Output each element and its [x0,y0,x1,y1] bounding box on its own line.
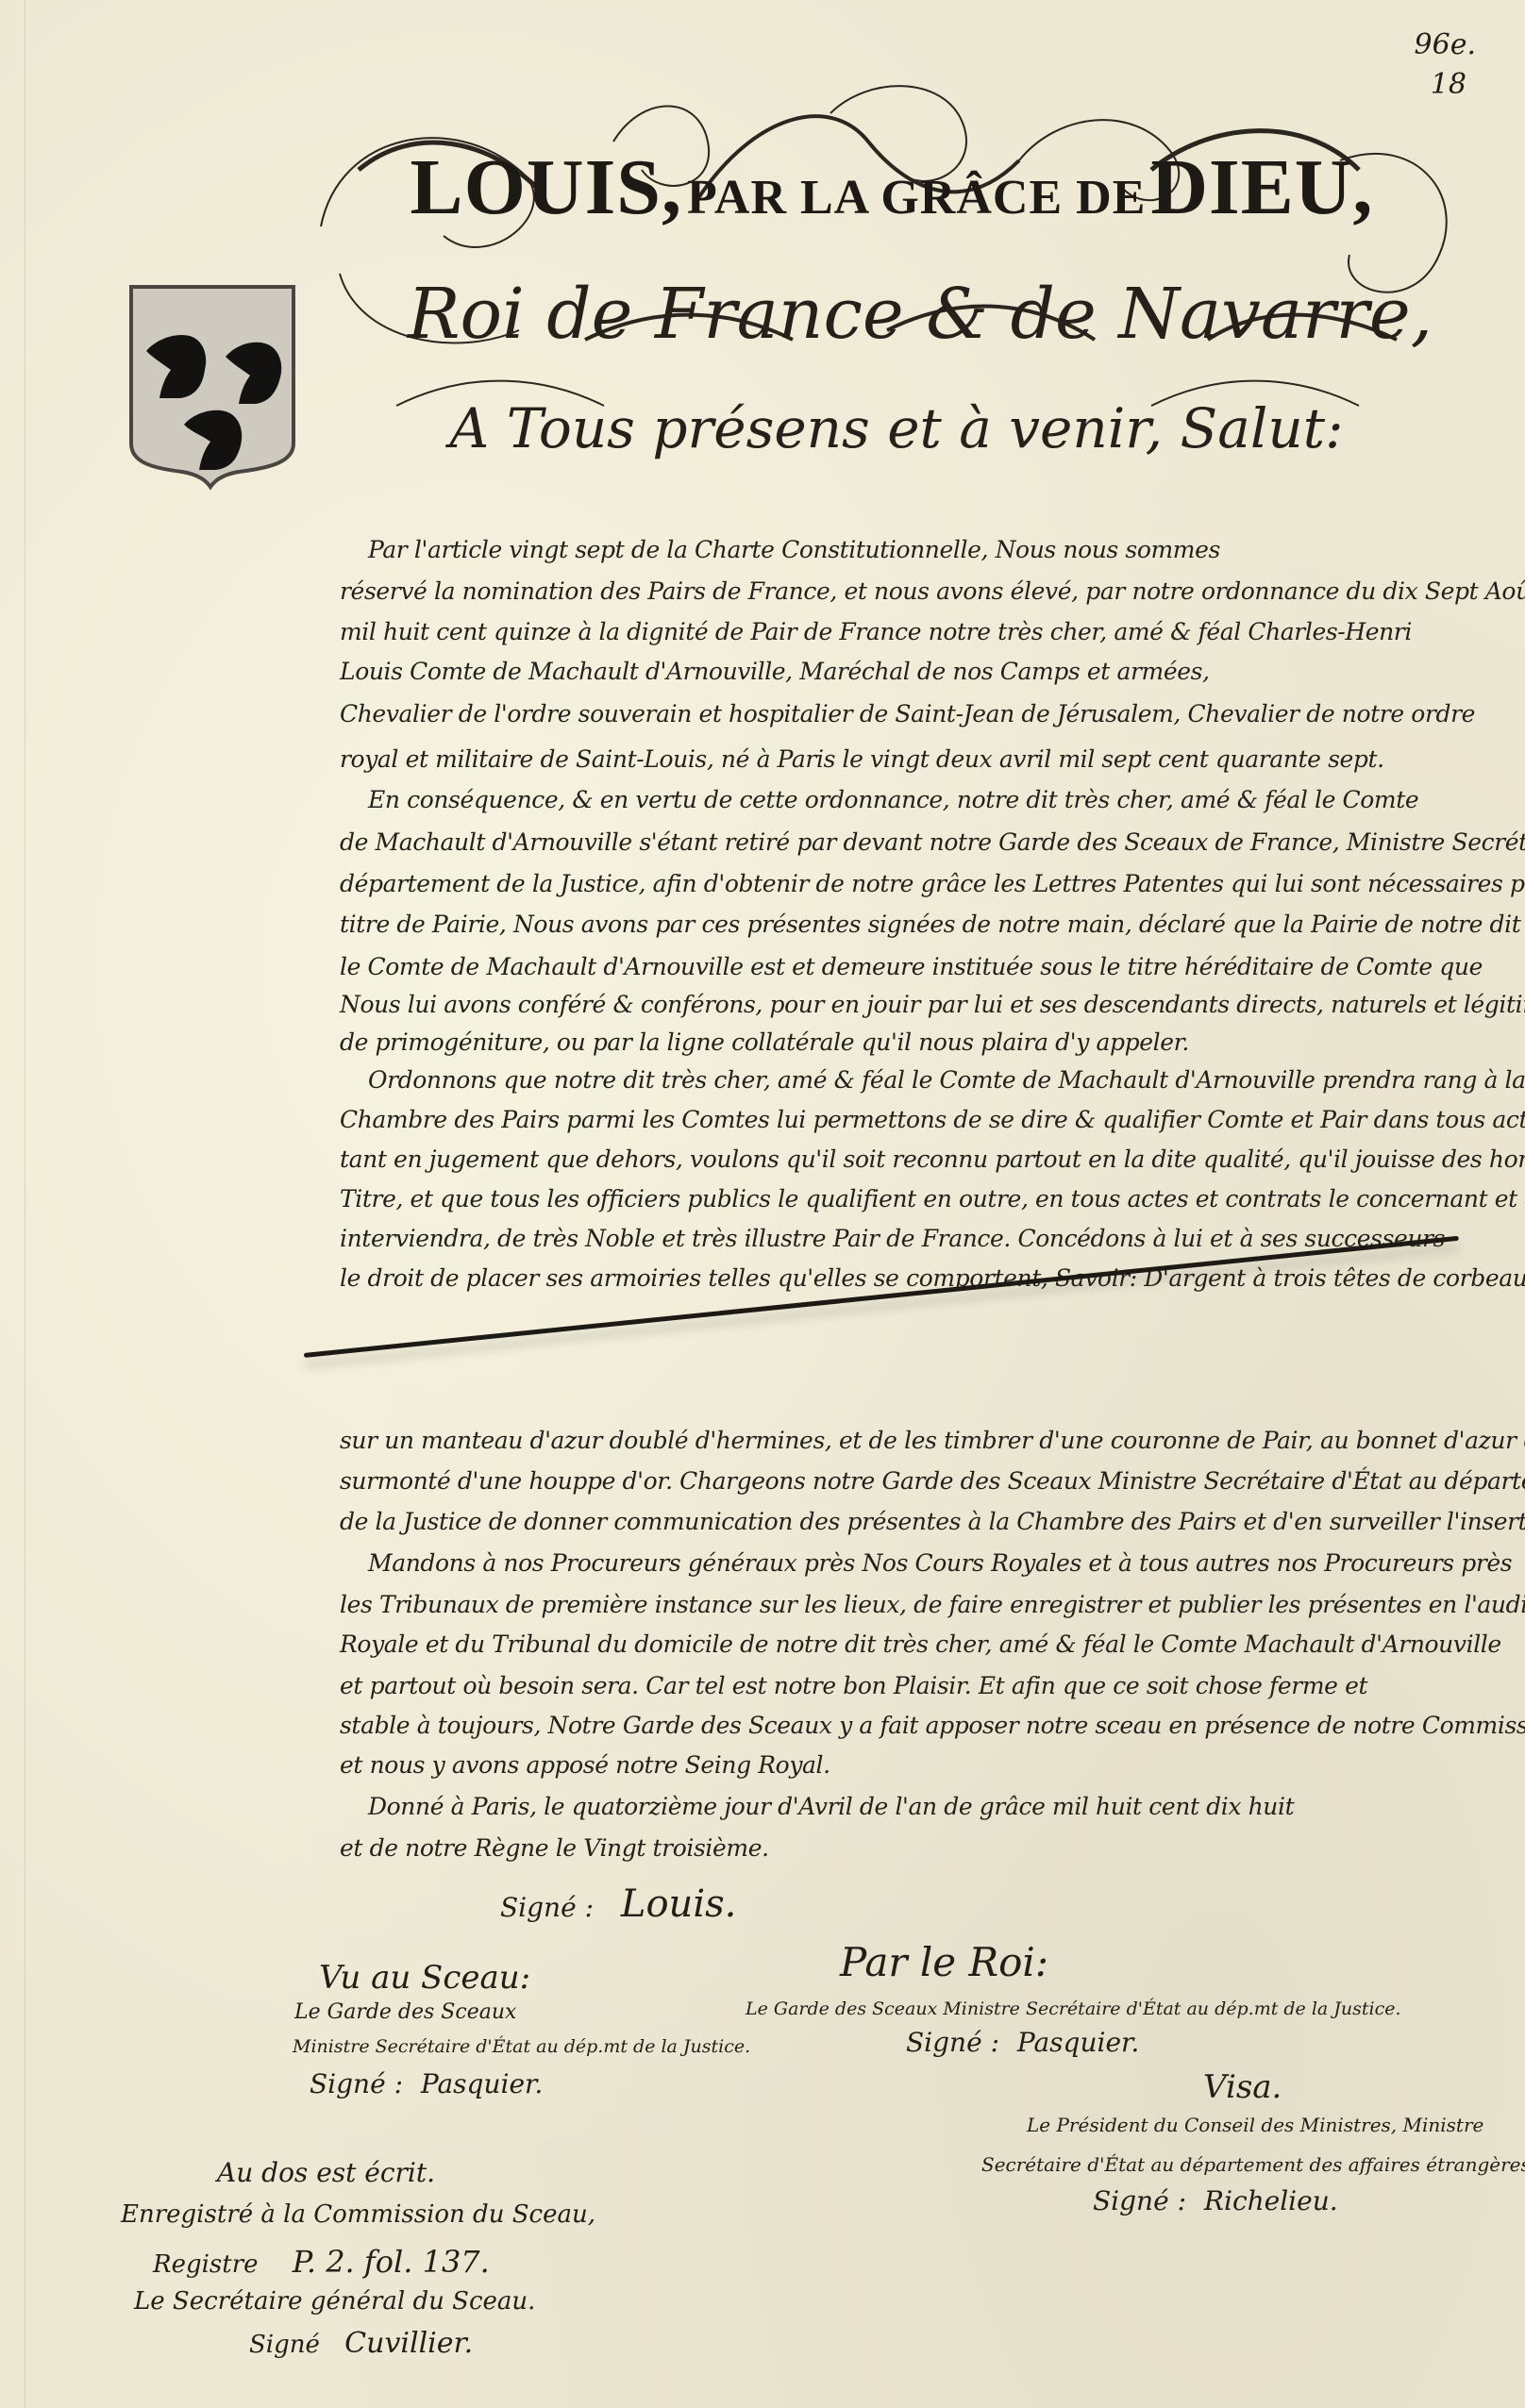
body-line-6: royal et militaire de Saint-Louis, né à … [340,745,1477,774]
grace-of-god: PAR LA GRÂCE DE [687,171,1146,225]
body-line-1: Par l'article vingt sept de la Charte Co… [368,536,1505,564]
body-line-5: Chevalier de l'ordre souverain et hospit… [340,700,1477,728]
signed-label: Signé : [500,1892,594,1923]
body-line-4: Louis Comte de Machault d'Arnouville, Ma… [340,658,1477,686]
signed-label: Signé : [310,2068,403,2099]
king-signature-block: Signé : Louis. [500,1882,736,1926]
vu-au-sceau-title2: Ministre Secrétaire d'État au dép.mt de … [293,2036,750,2057]
body-line-3: mil huit cent quinze à la dignité de Pai… [340,618,1477,646]
signed-label: Signé : [1093,2185,1186,2216]
body-line-14: Ordonnons que notre dit très cher, amé &… [368,1066,1505,1095]
visa-title1: Le Président du Conseil des Ministres, M… [1027,2114,1483,2136]
royal-title-line2: Roi de France & de Navarre, [377,274,1463,355]
pasquier-signature: Pasquier. [421,2068,543,2099]
cancellation-rule [304,1236,1459,1358]
richelieu-signature: Richelieu. [1204,2185,1338,2216]
body-line-13: de primogéniture, ou par la ligne collat… [340,1028,1477,1057]
body-line-9: département de la Justice, afin d'obteni… [340,870,1477,898]
registre-value: P. 2. fol. 137. [293,2244,490,2280]
body-line-2: réservé la nomination des Pairs de Franc… [340,577,1477,606]
registre-block: Registre P. 2. fol. 137. [153,2244,490,2280]
body-line-21: surmonté d'une houppe d'or. Chargeons no… [340,1467,1477,1496]
royal-title-line1: LOUIS, PAR LA GRÂCE DE DIEU, [335,142,1449,233]
registre-label: Registre [153,2250,259,2279]
king-signature: Louis. [621,1882,736,1926]
signed-label: Signé [249,2331,320,2359]
body-line-18: interviendra, de très Noble et très illu… [340,1225,1477,1253]
body-line-22: de la Justice de donner communication de… [340,1508,1477,1536]
body-line-12: Nous lui avons conféré & conférons, pour… [340,991,1477,1019]
par-le-roi-heading: Par le Roi: [840,1939,1048,1985]
body-line-30: et de notre Règne le Vingt troisième. [340,1834,1477,1863]
par-le-roi-title: Le Garde des Sceaux Ministre Secrétaire … [746,1998,1401,2019]
body-line-16: tant en jugement que dehors, voulons qu'… [340,1145,1477,1174]
vu-au-sceau-title1: Le Garde des Sceaux [294,2000,516,2024]
body-line-8: de Machault d'Arnouville s'étant retiré … [340,828,1477,857]
body-line-11: le Comte de Machault d'Arnouville est et… [340,953,1477,981]
signed-label: Signé : [906,2027,999,2058]
body-line-20: sur un manteau d'azur doublé d'hermines,… [340,1427,1477,1455]
shield-three-raven-heads-icon [127,283,297,493]
vu-au-sceau-heading: Vu au Sceau: [319,1959,530,1997]
au-dos-line1: Enregistré à la Commission du Sceau, [121,2200,595,2229]
cuvillier-signature: Cuvillier. [344,2327,473,2360]
au-dos-heading: Au dos est écrit. [217,2157,435,2188]
body-line-7: En conséquence, & en vertu de cette ordo… [368,786,1505,814]
salutation: A Tous présens et à venir, Salut: [377,396,1416,460]
visa-signature-block: Signé : Richelieu. [1093,2185,1338,2216]
au-dos-line3: Le Secrétaire général du Sceau. [134,2287,535,2316]
calligraphic-flourish-icon [302,57,1491,415]
body-line-23: Mandons à nos Procureurs généraux près N… [368,1549,1505,1578]
body-line-17: Titre, et que tous les officiers publics… [340,1185,1477,1213]
body-line-19: le droit de placer ses armoiries telles … [340,1264,1477,1293]
body-line-27: stable à toujours, Notre Garde des Sceau… [340,1712,1477,1740]
visa-title2: Secrétaire d'État au département des aff… [981,2153,1525,2176]
body-line-26: et partout où besoin sera. Car tel est n… [340,1672,1477,1700]
visa-heading: Visa. [1203,2068,1282,2106]
body-line-15: Chambre des Pairs parmi les Comtes lui p… [340,1106,1477,1134]
king-name: LOUIS, [411,143,682,231]
au-dos-signature-block: Signé Cuvillier. [249,2327,473,2360]
body-line-28: et nous y avons apposé notre Seing Royal… [340,1751,1477,1780]
body-line-10: titre de Pairie, Nous avons par ces prés… [340,911,1477,939]
pasquier-signature: Pasquier. [1017,2027,1139,2058]
body-line-24: les Tribunaux de première instance sur l… [340,1591,1477,1619]
par-le-roi-signature-block: Signé : Pasquier. [906,2027,1139,2058]
body-line-25: Royale et du Tribunal du domicile de not… [340,1630,1477,1659]
god-word: DIEU, [1150,143,1373,231]
page-edge [25,0,25,2408]
vu-au-sceau-signature-block: Signé : Pasquier. [310,2068,543,2099]
body-line-29: Donné à Paris, le quatorzième jour d'Avr… [368,1793,1505,1821]
